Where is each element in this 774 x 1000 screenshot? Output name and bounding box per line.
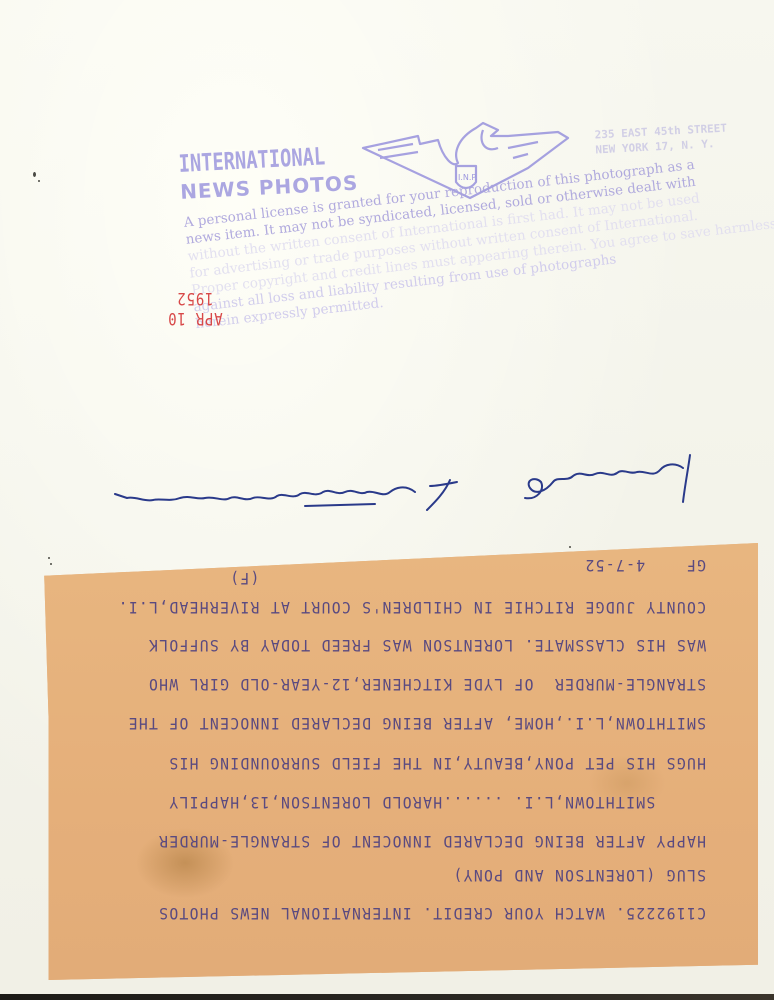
caption-line: COUNTY JUDGE RITCHIE IN CHILDREN'S COURT… [117,598,706,617]
caption-line: STRANGLE-MURDER OF LYDE KITCHENER,12-YEA… [148,675,706,694]
handwritten-signature [105,440,705,530]
caption-line: C1192225. WATCH YOUR CREDIT. INTERNATION… [158,904,706,923]
caption-text-block: C1192225. WATCH YOUR CREDIT. INTERNATION… [37,543,758,980]
caption-line: WAS HIS CLASSMATE. LORENTSON WAS FREED T… [148,636,706,655]
caption-line: HUGS HIS PET PONY,BEAUTY,IN THE FIELD SU… [168,754,706,773]
agency-stamp-wordmark: INTERNATIONAL NEWS PHOTOS [178,140,368,204]
caption-line: SLUG (LORENTSON AND PONY) [452,866,706,885]
dust-speck [38,180,40,182]
date-stamp: APR 10 1952 [150,288,240,328]
scan-edge [0,994,774,1000]
caption-line: SMITHTOWN,L.I. ......HAROLD LORENTSON,13… [168,793,706,812]
emblem-label: I.N.P. [458,173,478,182]
caption-line: SMITHTOWN,L.I.,HOME, AFTER BEING DECLARE… [127,714,706,733]
caption-line: GF 4-7-52 [584,556,706,575]
caption-line: HAPPY AFTER BEING DECLARED INNOCENT OF S… [158,832,706,851]
dust-speck [33,172,36,177]
